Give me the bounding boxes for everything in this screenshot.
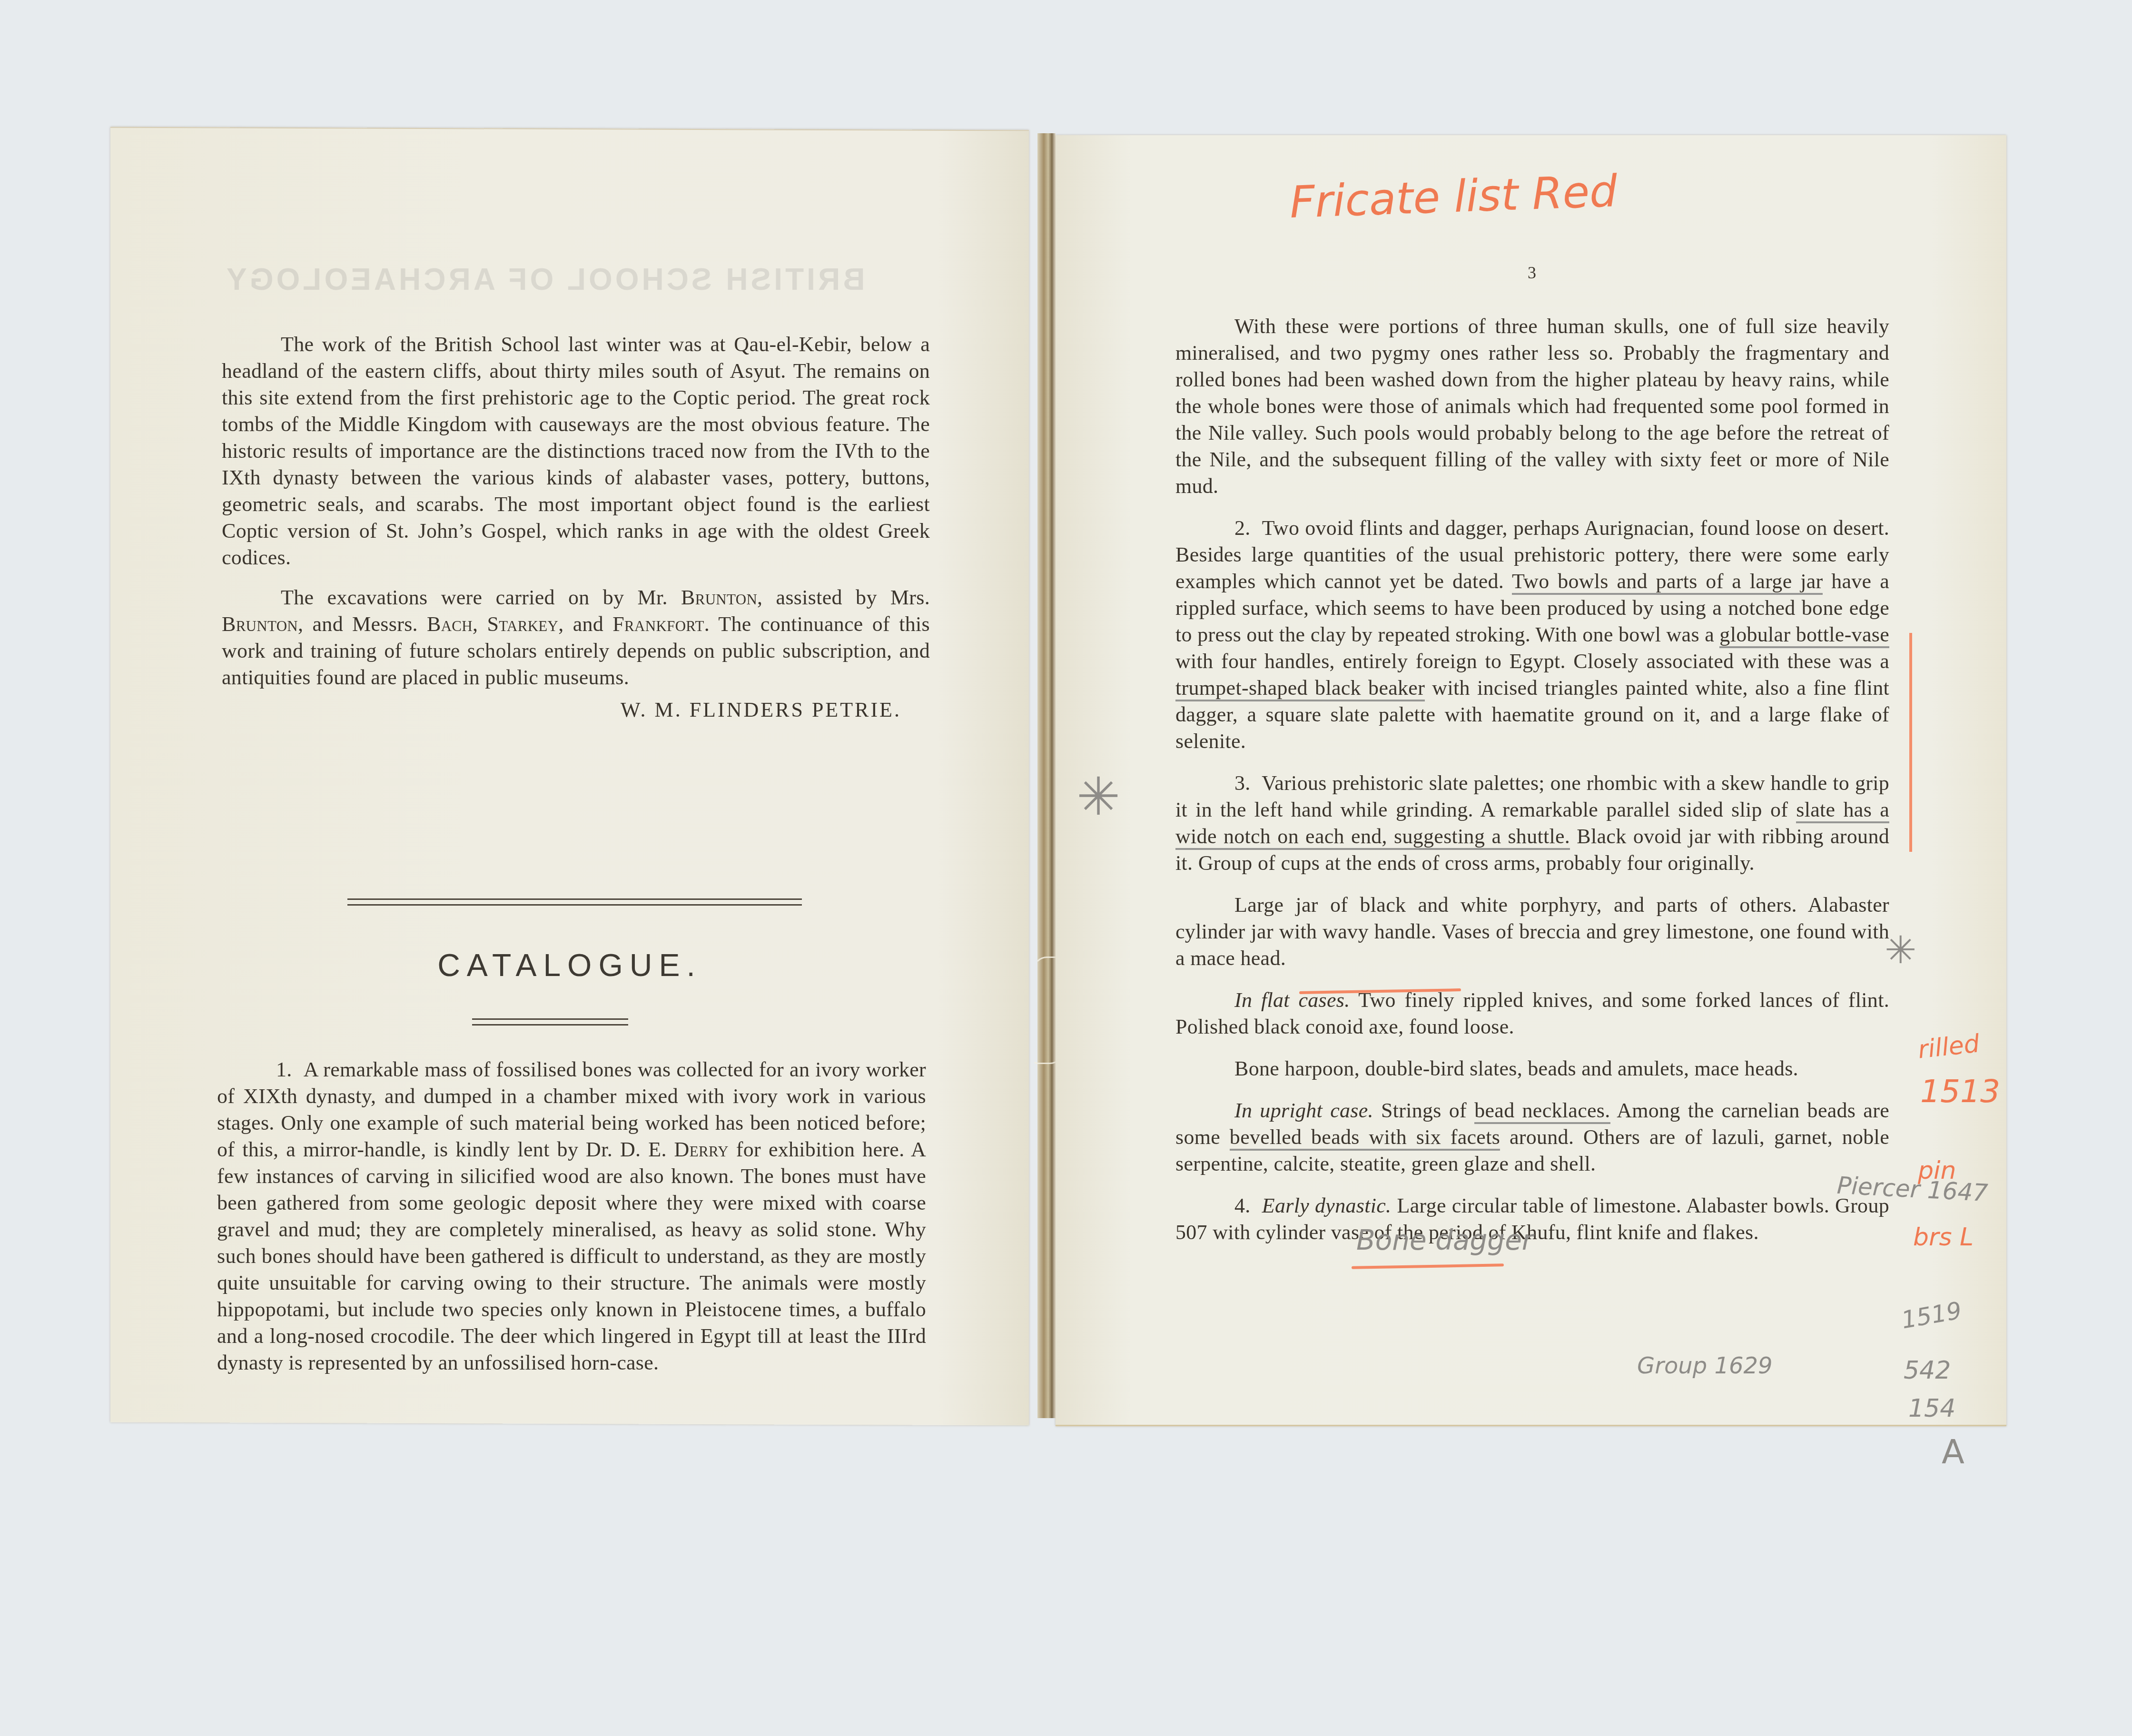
item-number: 2. bbox=[1234, 516, 1251, 540]
book-spine bbox=[1037, 133, 1056, 1418]
upright-case-paragraph: In upright case. Strings of bead necklac… bbox=[1175, 1097, 1889, 1177]
item-text: Strings of bbox=[1373, 1099, 1474, 1122]
double-rule-bottom bbox=[472, 1018, 628, 1026]
item-1-paragraph: 1. A remarkable mass of fossilised bones… bbox=[217, 1056, 926, 1376]
pencil-note-letter: A bbox=[1942, 1432, 1964, 1471]
intro-text: , assisted by Mrs. bbox=[757, 586, 930, 609]
red-note-bottom: brs L bbox=[1913, 1223, 1974, 1252]
show-through-heading: BRITISH SCHOOL OF ARCHAEOLOGY bbox=[224, 262, 865, 297]
pencil-note-bone-dagger: Bone dagger bbox=[1356, 1224, 1533, 1256]
right-text: With these were portions of three human … bbox=[1175, 313, 1889, 1246]
catalogue-heading: CATALOGUE. bbox=[110, 947, 1029, 983]
pencil-note-154: 154 bbox=[1908, 1394, 1955, 1423]
pencil-note-group: Group 1629 bbox=[1637, 1352, 1773, 1379]
pencil-note-542: 542 bbox=[1904, 1356, 1951, 1385]
item-text: Various prehistoric slate palettes; one … bbox=[1175, 771, 1889, 821]
section-label: Early dynastic. bbox=[1262, 1194, 1392, 1217]
name-bach: Bach bbox=[427, 612, 473, 636]
pencil-underline: trumpet-shaped black beaker bbox=[1175, 676, 1425, 701]
catalogue-item-1: 1. A remarkable mass of fossilised bones… bbox=[217, 1056, 926, 1376]
skulls-paragraph: With these were portions of three human … bbox=[1175, 313, 1889, 500]
page-number: 3 bbox=[1528, 263, 1536, 283]
intro-paragraph-2: The excavations were carried on by Mr. B… bbox=[222, 584, 930, 691]
item-number: 4. bbox=[1234, 1194, 1251, 1217]
signature: W. M. FLINDERS PETRIE. bbox=[222, 698, 930, 722]
pencil-underline: globular bottle-vase bbox=[1719, 623, 1889, 648]
item-3-paragraph: 3. Various prehistoric slate palettes; o… bbox=[1175, 770, 1889, 877]
asterisk-icon: ✳ bbox=[1885, 928, 1916, 972]
name-frankfort: Frankfort bbox=[612, 612, 704, 636]
pencil-underline: bevelled beads with six facets bbox=[1230, 1125, 1500, 1151]
pencil-underline: Two bowls and parts of a large jar bbox=[1512, 570, 1823, 595]
item-number: 1. bbox=[276, 1058, 292, 1081]
asterisk-icon: ✳ bbox=[1076, 766, 1120, 827]
intro-text: The excavations were carried on by Mr. bbox=[281, 586, 681, 609]
intro-paragraph-1: The work of the British School last wint… bbox=[222, 331, 930, 571]
pencil-underline: bead necklaces. bbox=[1474, 1099, 1610, 1124]
intro-text: , and bbox=[558, 612, 612, 636]
name-brunton-mrs: Brunton bbox=[222, 612, 298, 636]
bone-harpoon-paragraph: Bone harpoon, double-bird slates, beads … bbox=[1175, 1055, 1889, 1082]
name-derry: Derry bbox=[674, 1138, 729, 1161]
item-2-paragraph: 2. Two ovoid flints and dagger, perhaps … bbox=[1175, 515, 1889, 755]
left-intro: The work of the British School last wint… bbox=[222, 331, 930, 722]
item-text: for exhibition here. A few instances of … bbox=[217, 1138, 926, 1374]
intro-text: , bbox=[473, 612, 487, 636]
section-label: In upright case. bbox=[1234, 1099, 1373, 1122]
name-starkey: Starkey bbox=[487, 612, 558, 636]
red-margin-bar bbox=[1909, 633, 1912, 852]
flat-cases-paragraph: In flat cases. Two finely rippled knives… bbox=[1175, 987, 1889, 1040]
name-brunton: Brunton bbox=[681, 586, 757, 609]
large-jar-paragraph: Large jar of black and white porphyry, a… bbox=[1175, 892, 1889, 972]
double-rule-top bbox=[347, 898, 802, 906]
item-number: 3. bbox=[1234, 771, 1251, 795]
intro-text: , and Messrs. bbox=[298, 612, 427, 636]
red-note-number: 1513 bbox=[1920, 1073, 2000, 1110]
item-text: with four handles, entirely foreign to E… bbox=[1175, 650, 1889, 673]
